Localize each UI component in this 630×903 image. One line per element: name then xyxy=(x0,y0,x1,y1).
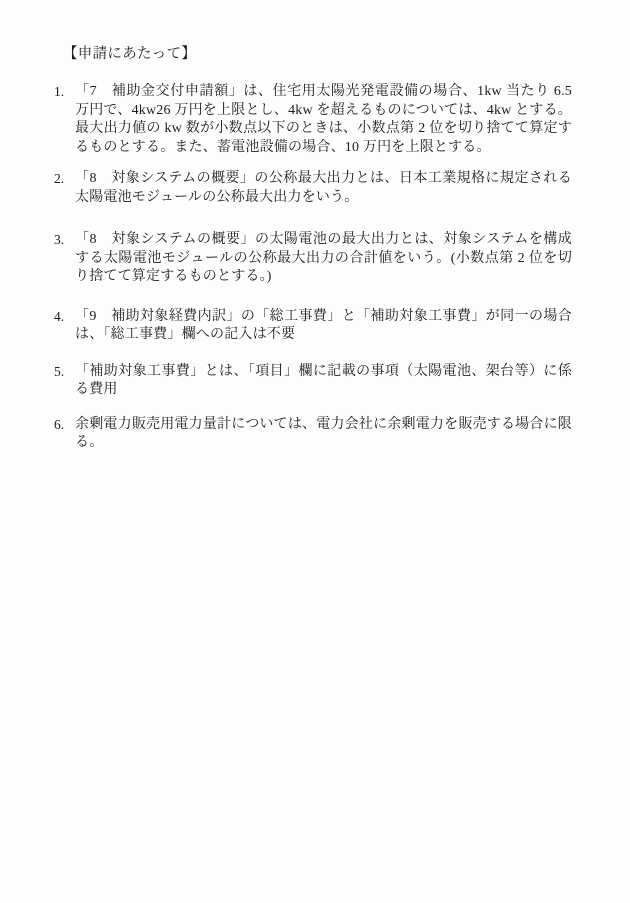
document-page: 【申請にあたって】 1. 「7 補助金交付申請額」は、住宅用太陽光発電設備の場合… xyxy=(0,0,630,903)
item-text: 「7 補助金交付申請額」は、住宅用太陽光発電設備の場合、1kw 当たり 6.5 … xyxy=(75,83,572,157)
list-item: 3. 「8 対象システムの概要」の太陽電池の最大出力とは、対象システムを構成する… xyxy=(54,231,575,287)
notes-list: 1. 「7 補助金交付申請額」は、住宅用太陽光発電設備の場合、1kw 当たり 6… xyxy=(54,83,575,453)
item-number: 6. xyxy=(54,416,75,435)
list-item: 6. 余剰電力販売用電力量計については、電力会社に余剰電力を販売する場合に限る。 xyxy=(54,416,575,453)
item-text: 「補助対象工事費」とは、「項目」欄に記載の事項（太陽電池、架台等）に係る費用 xyxy=(75,363,572,400)
section-title: 【申請にあたって】 xyxy=(63,44,575,64)
item-number: 2. xyxy=(54,170,75,189)
list-item: 4. 「9 補助対象経費内訳」の「総工事費」と「補助対象工事費」が同一の場合は、… xyxy=(54,308,575,345)
item-number: 5. xyxy=(54,363,75,382)
list-item: 1. 「7 補助金交付申請額」は、住宅用太陽光発電設備の場合、1kw 当たり 6… xyxy=(54,83,575,157)
list-item: 5. 「補助対象工事費」とは、「項目」欄に記載の事項（太陽電池、架台等）に係る費… xyxy=(54,363,575,400)
item-number: 1. xyxy=(54,83,75,102)
list-item: 2. 「8 対象システムの概要」の公称最大出力とは、日本工業規格に規定される太陽… xyxy=(54,170,575,207)
item-text: 「9 補助対象経費内訳」の「総工事費」と「補助対象工事費」が同一の場合は、「総工… xyxy=(75,308,572,345)
item-text: 「8 対象システムの概要」の太陽電池の最大出力とは、対象システムを構成する太陽電… xyxy=(75,231,572,287)
item-number: 3. xyxy=(54,231,75,250)
item-text: 「8 対象システムの概要」の公称最大出力とは、日本工業規格に規定される太陽電池モ… xyxy=(75,170,572,207)
item-number: 4. xyxy=(54,308,75,327)
item-text: 余剰電力販売用電力量計については、電力会社に余剰電力を販売する場合に限る。 xyxy=(75,416,572,453)
